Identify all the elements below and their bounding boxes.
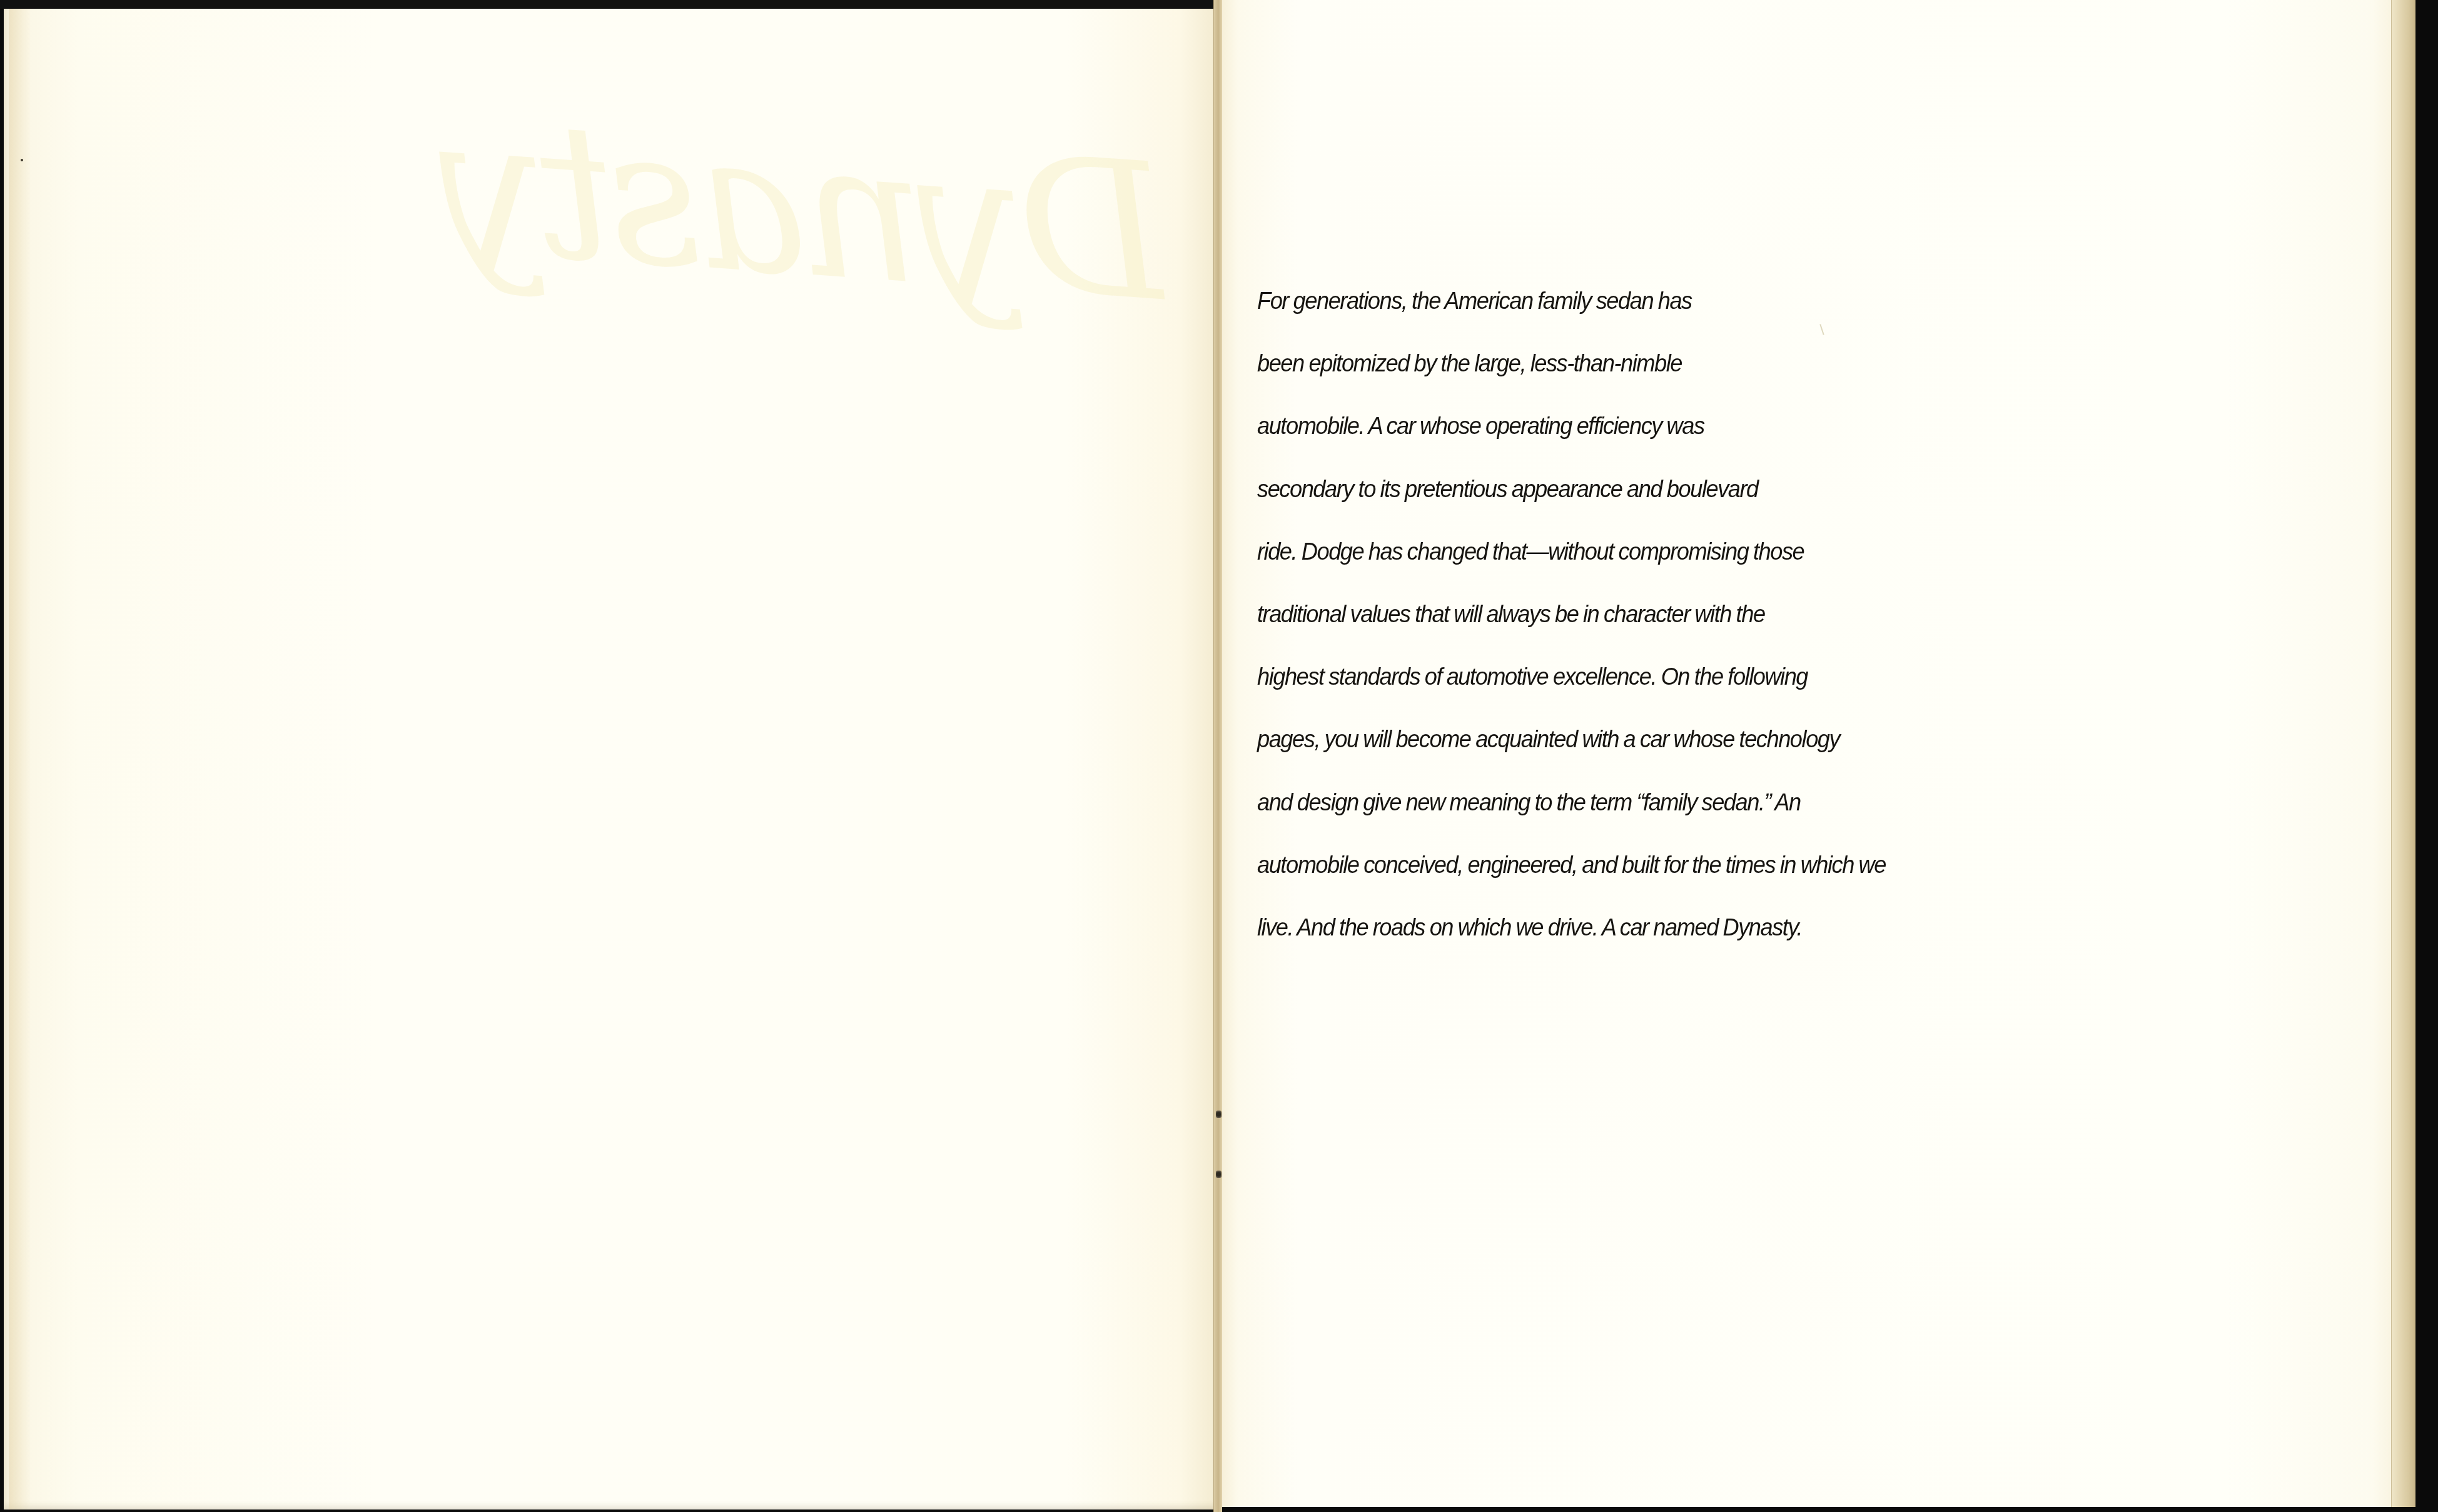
paragraph-line: highest standards of automotive excellen… xyxy=(1257,646,2025,708)
paragraph-line: traditional values that will always be i… xyxy=(1257,583,2025,646)
paragraph-line: pages, you will become acquainted with a… xyxy=(1257,708,2025,771)
scan-border-top xyxy=(0,0,1218,9)
show-through-wordmark: Dynasty xyxy=(597,83,1175,347)
paragraph-line: secondary to its pretentious appearance … xyxy=(1257,458,2025,521)
binding-gutter xyxy=(1213,0,1223,1512)
scan-border-right xyxy=(2415,0,2438,1512)
paragraph-line: For generations, the American family sed… xyxy=(1257,270,2025,333)
paragraph-line: live. And the roads on which we drive. A… xyxy=(1257,897,2025,959)
scan-border-bottom xyxy=(1222,1507,2438,1512)
paragraph-line: automobile conceived, engineered, and bu… xyxy=(1257,834,2025,897)
left-page: Dynasty xyxy=(4,9,1218,1509)
paragraph-line: ride. Dodge has changed that—without com… xyxy=(1257,521,2025,583)
paragraph-line: and design give new meaning to the term … xyxy=(1257,772,2025,834)
staple-icon xyxy=(1216,1171,1222,1178)
staple-icon xyxy=(1216,1111,1222,1118)
paragraph-line: been epitomized by the large, less-than-… xyxy=(1257,333,2025,395)
scan-speck xyxy=(21,159,23,161)
brochure-spread: Dynasty For generations, the American fa… xyxy=(0,0,2438,1512)
left-page-edge xyxy=(9,9,30,1509)
page-fore-edge xyxy=(2391,0,2415,1507)
paragraph-line: automobile. A car whose operating effici… xyxy=(1257,395,2025,458)
intro-paragraph: For generations, the American family sed… xyxy=(1257,270,2083,959)
